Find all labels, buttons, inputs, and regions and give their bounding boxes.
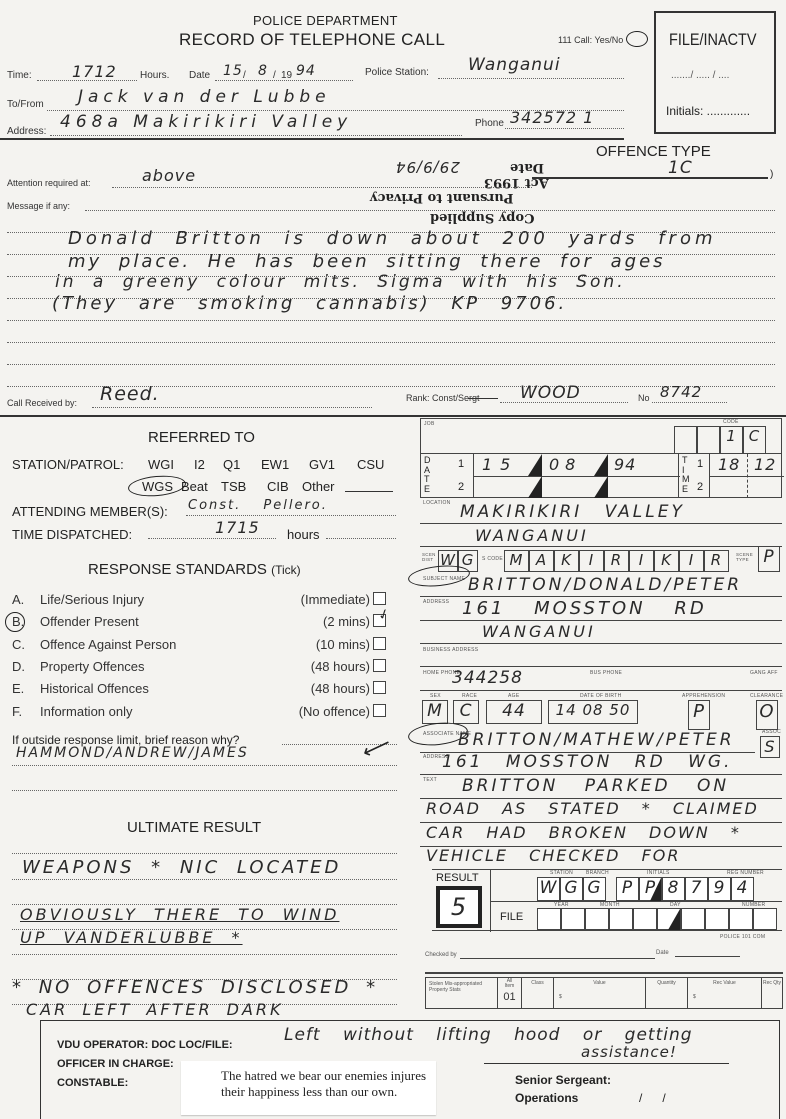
date-month-cell[interactable]: 08 xyxy=(549,455,581,474)
address-value[interactable]: 468a Makirikiri Valley xyxy=(60,112,352,132)
outside-limit-value[interactable]: HAMMOND/ANDREW/JAMES xyxy=(16,745,249,761)
phone-label: Phone xyxy=(475,118,504,129)
file-cells xyxy=(537,908,777,930)
checked-date-line[interactable] xyxy=(675,956,740,957)
sex-cell[interactable]: M xyxy=(422,700,448,724)
subject-address-line-2[interactable]: WANGANUI xyxy=(482,622,596,641)
race-label: RACE xyxy=(462,693,477,699)
attention-value[interactable]: above xyxy=(142,166,196,185)
response-letter: F. xyxy=(12,704,22,719)
call-111-no-circle xyxy=(626,31,648,47)
subject-value[interactable]: BRITTON/DONALD/PETER xyxy=(468,575,742,595)
branch-cell[interactable]: G xyxy=(583,877,606,901)
file-cell[interactable] xyxy=(633,908,657,930)
code-cells: 1 C xyxy=(674,426,766,454)
scene-dist-label: SCEN DIST xyxy=(422,552,436,562)
property-item-cell[interactable]: All Item 01 xyxy=(498,978,522,1008)
rank-strikethrough xyxy=(468,398,498,399)
station-cell[interactable]: G xyxy=(560,877,583,901)
attention-line xyxy=(112,187,532,188)
time-hour-cell[interactable]: 18 xyxy=(718,455,740,474)
message-line-1[interactable]: Donald Britton is down about 200 yards f… xyxy=(68,228,717,249)
associate-address-value[interactable]: 161 MOSSTON RD WG. xyxy=(442,752,732,772)
dispatched-value[interactable]: 1715 xyxy=(215,518,260,537)
response-label: Offender Present xyxy=(40,614,139,629)
file-inactive-title: FILE/INACTV xyxy=(669,30,757,50)
time-minute-cell[interactable]: 12 xyxy=(754,455,776,474)
code-cell-2[interactable] xyxy=(697,426,720,454)
no-label: No xyxy=(638,393,650,403)
rank-value[interactable]: WOOD xyxy=(520,383,581,403)
code-cell-1[interactable] xyxy=(674,426,697,454)
time-cells: 18 12 xyxy=(709,454,783,498)
operations-label: Operations xyxy=(515,1091,578,1105)
business-address-label: BUSINESS ADDRESS xyxy=(423,647,478,653)
file-cell[interactable] xyxy=(681,908,705,930)
call-111-label: 111 Call: Yes/No xyxy=(558,35,623,45)
property-rec-value-header: Rec Value xyxy=(713,980,736,986)
property-rec-value-col[interactable]: Rec Value $ xyxy=(688,978,762,1008)
message-line-3[interactable]: in a greeny colour mits. Sigma with his … xyxy=(55,272,626,292)
patrol-other[interactable]: Other xyxy=(302,479,335,494)
station-label: Police Station: xyxy=(365,67,429,78)
patrol-wgs-circle xyxy=(127,474,187,499)
dispatched-unit: hours xyxy=(287,527,320,542)
associate-code-cell[interactable]: S xyxy=(760,736,780,758)
property-quantity-col[interactable]: Quantity xyxy=(646,978,688,1008)
response-letter: D. xyxy=(12,659,25,674)
message-divider xyxy=(0,415,786,417)
response-time: (10 mins) xyxy=(316,637,370,652)
patrol-cib[interactable]: CIB xyxy=(267,479,302,494)
property-stats-table: Stolen Mis-appropriated Property Stats A… xyxy=(425,977,783,1009)
file-cell[interactable] xyxy=(657,908,681,930)
date-vertical-label: DATE xyxy=(424,456,432,494)
location-line-2[interactable]: WANGANUI xyxy=(475,526,589,545)
file-cell[interactable] xyxy=(537,908,561,930)
offence-type-label: OFFENCE TYPE xyxy=(596,143,711,160)
officer-label: OFFICER IN CHARGE: xyxy=(57,1058,174,1070)
result-value: 5 xyxy=(440,890,478,924)
ultimate-line-1[interactable]: WEAPONS * NIC LOCATED xyxy=(22,857,341,878)
code-label: CODE xyxy=(723,419,739,425)
date-year[interactable]: 94 xyxy=(296,63,316,79)
street-code-cells: MAKIRIKIR xyxy=(504,550,729,572)
code-cell-3[interactable]: 1 xyxy=(720,426,743,454)
attention-label: Attention required at: xyxy=(7,178,91,188)
station-code-label: STATION xyxy=(550,870,573,876)
text-label: TEXT xyxy=(423,777,437,783)
station-line xyxy=(438,78,624,79)
street-code-cell[interactable]: I xyxy=(629,550,654,572)
response-time: (2 mins) xyxy=(323,614,370,629)
gang-label: GANG AFF xyxy=(750,670,778,676)
file-inactive-date[interactable]: ......./ ..... / .... xyxy=(671,70,729,81)
response-label: Life/Serious Injury xyxy=(40,592,144,607)
location-label: LOCATION xyxy=(423,500,451,506)
vdu-note-line-1[interactable]: Left without lifting hood or getting xyxy=(284,1025,693,1045)
initials-label: INITIALS xyxy=(647,870,670,876)
file-cell[interactable] xyxy=(561,908,585,930)
street-code-cell[interactable]: R xyxy=(704,550,729,572)
phone-line xyxy=(505,128,624,129)
response-checkbox[interactable] xyxy=(373,659,386,672)
result-file-block: RESULT 5 STATION BRANCH INITIALS REG NUM… xyxy=(432,869,782,931)
station-patrol-label: STATION/PATROL: xyxy=(12,457,124,472)
property-value-col[interactable]: Value $ xyxy=(554,978,646,1008)
header-divider xyxy=(0,138,624,140)
stamp-handwritten-date: 29/9/94 xyxy=(395,158,460,176)
reg-number-cell[interactable]: 4 xyxy=(731,877,754,901)
spacer-cell xyxy=(606,877,616,901)
vdu-label: VDU OPERATOR: DOC LOC/FILE: xyxy=(57,1039,233,1051)
street-code-cell[interactable]: K xyxy=(554,550,579,572)
quote-slip: The hatred we bear our enemies injures t… xyxy=(181,1061,436,1115)
apprehension-label: APPREHENSION xyxy=(682,693,725,699)
time-label: Time: xyxy=(7,70,32,81)
associate-code-label: ASSOC xyxy=(762,729,781,735)
no-value[interactable]: 8742 xyxy=(660,383,702,401)
station-cell[interactable]: W xyxy=(537,877,560,901)
file-label: FILE xyxy=(500,911,523,923)
patrol-csu[interactable]: CSU xyxy=(357,457,384,472)
patrol-tsb[interactable]: TSB xyxy=(221,479,267,494)
clearance-label: CLEARANCE xyxy=(750,693,783,699)
response-checkbox[interactable] xyxy=(373,681,386,694)
street-code-cell[interactable]: K xyxy=(654,550,679,572)
patrol-q1[interactable]: Q1 xyxy=(223,457,261,472)
age-cell[interactable]: 44 xyxy=(486,700,542,724)
apprehension-cell[interactable]: P xyxy=(688,700,710,730)
form-title: RECORD OF TELEPHONE CALL xyxy=(179,30,445,50)
file-inactive-initials[interactable]: Initials: ............. xyxy=(666,104,750,118)
scene-type-label: SCENE TYPE xyxy=(736,552,756,562)
checked-by-label: Checked by xyxy=(425,952,457,958)
arrow-left-icon: ⟵ xyxy=(358,730,395,765)
stamp-date: Date xyxy=(510,160,544,175)
initials-cell[interactable]: P xyxy=(639,877,662,901)
subject-circle xyxy=(407,563,471,589)
date-time-row: DATE 1 2 15 08 94 TIME 1 2 18 12 xyxy=(420,454,782,498)
response-item[interactable]: D.Property Offences(48 hours) xyxy=(0,659,400,677)
referred-heading: REFERRED TO xyxy=(148,429,255,446)
quote-line-1: The hatred we bear our enemies injures xyxy=(221,1068,436,1084)
date-month[interactable]: 8 xyxy=(258,63,268,79)
location-line-1[interactable]: MAKIRIKIRI VALLEY xyxy=(460,502,685,522)
file-cell[interactable] xyxy=(729,908,753,930)
senior-sergeant-label: Senior Sergeant: xyxy=(515,1073,611,1087)
street-code-cell[interactable]: M xyxy=(504,550,529,572)
file-cell[interactable] xyxy=(609,908,633,930)
date-row-1: 1 xyxy=(458,458,464,470)
time-value[interactable]: 1712 xyxy=(72,62,117,81)
scene-type-cell[interactable]: P xyxy=(758,546,780,572)
attending-value[interactable]: Const. Pellero. xyxy=(188,498,328,513)
offence-type-line xyxy=(532,177,768,179)
bus-phone-label: BUS PHONE xyxy=(590,670,622,676)
ultimate-line-3[interactable]: UP VANDERLUBBE * xyxy=(20,928,243,947)
property-value-prefix: $ xyxy=(559,994,562,1000)
response-item[interactable]: C.Offence Against Person(10 mins) xyxy=(0,637,400,655)
job-label: JOB xyxy=(424,421,435,427)
response-time: (Immediate) xyxy=(301,592,370,607)
text-line-2[interactable]: ROAD AS STATED * CLAIMED xyxy=(426,799,759,818)
patrol-i2[interactable]: I2 xyxy=(194,457,223,472)
response-item[interactable]: E.Historical Offences(48 hours) xyxy=(0,681,400,699)
response-letter: C. xyxy=(12,637,25,652)
patrol-gv1[interactable]: GV1 xyxy=(309,457,357,472)
address-label: Address: xyxy=(7,126,46,137)
response-time: (48 hours) xyxy=(311,681,370,696)
branch-label: BRANCH xyxy=(586,870,609,876)
message-line-4[interactable]: (They are smoking cannabis) KP 9706. xyxy=(52,293,567,314)
to-from-value[interactable]: Jack van der Lubbe xyxy=(78,87,331,107)
reg-number-cell[interactable]: 8 xyxy=(662,877,685,901)
date-day[interactable]: 15 xyxy=(223,63,243,79)
response-item[interactable]: A.Life/Serious Injury(Immediate) xyxy=(0,592,400,610)
to-from-label: To/From xyxy=(7,99,44,110)
subject-address-line-1[interactable]: 161 MOSSTON RD xyxy=(462,598,707,619)
response-heading-suffix: (Tick) xyxy=(271,563,301,577)
street-code-cell[interactable]: R xyxy=(604,550,629,572)
reg-number-cell[interactable]: 7 xyxy=(685,877,708,901)
dob-label: DATE OF BIRTH xyxy=(580,693,622,699)
file-cell[interactable] xyxy=(705,908,729,930)
file-cell[interactable] xyxy=(585,908,609,930)
patrol-wgi[interactable]: WGI xyxy=(148,457,194,472)
response-item[interactable]: F.Information only(No offence) xyxy=(0,704,400,722)
initials-cell[interactable]: P xyxy=(616,877,639,901)
dispatched-label: TIME DISPATCHED: xyxy=(12,527,132,542)
clearance-cell[interactable]: O xyxy=(756,700,778,730)
time-vertical-label: TIME xyxy=(682,456,690,494)
response-letter: E. xyxy=(12,681,24,696)
stamp-pursuant: Pursuant to Privacy xyxy=(370,190,513,205)
response-time: (48 hours) xyxy=(311,659,370,674)
response-label: Offence Against Person xyxy=(40,637,176,652)
address-line xyxy=(50,135,462,136)
response-time: (No offence) xyxy=(299,704,370,719)
property-rec-qty-col[interactable]: Rec Qty xyxy=(762,978,782,1008)
form-code: POLICE 101 COM xyxy=(720,934,765,940)
response-checkbox[interactable] xyxy=(373,704,386,717)
response-checkbox[interactable] xyxy=(373,637,386,650)
reg-number-cell[interactable]: 9 xyxy=(708,877,731,901)
checked-by-line[interactable] xyxy=(460,958,655,959)
response-label: Information only xyxy=(40,704,133,719)
message-label: Message if any: xyxy=(7,201,70,211)
response-checkbox[interactable] xyxy=(373,592,386,605)
constable-label: CONSTABLE: xyxy=(57,1077,128,1089)
result-label: RESULT xyxy=(436,872,479,884)
dob-cell[interactable]: 14 08 50 xyxy=(548,700,638,724)
checked-date-label: Date xyxy=(656,950,669,956)
phone-value[interactable]: 342572 1 xyxy=(510,108,594,127)
hours-label: Hours. xyxy=(140,70,169,81)
text-line-4[interactable]: VEHICLE CHECKED FOR xyxy=(426,846,681,865)
ultimate-line-4[interactable]: * NO OFFENCES DISCLOSED * xyxy=(12,977,378,998)
street-code-cell[interactable]: A xyxy=(529,550,554,572)
street-code-label: S CODE xyxy=(482,556,503,562)
sex-label: SEX xyxy=(430,693,441,699)
response-heading-text: RESPONSE STANDARDS xyxy=(88,561,267,578)
patrol-row-1: WGI I2 Q1 EW1 GV1 CSU xyxy=(148,457,384,472)
result-box[interactable]: 5 xyxy=(436,886,482,928)
property-item-value: 01 xyxy=(498,991,521,1003)
patrol-beat[interactable]: Beat xyxy=(181,479,221,494)
property-item-label: All Item xyxy=(498,979,521,989)
footer-box: VDU OPERATOR: DOC LOC/FILE: OFFICER IN C… xyxy=(40,1020,780,1119)
property-class-col[interactable]: Class xyxy=(522,978,554,1008)
home-phone-value[interactable]: 344258 xyxy=(452,668,523,688)
date-cells: 15 08 94 xyxy=(473,454,679,498)
stamp-copy-supplied: Copy Supplied xyxy=(430,210,534,225)
date-row-2: 2 xyxy=(458,481,464,493)
street-code-cell[interactable]: I xyxy=(679,550,704,572)
text-line-1[interactable]: BRITTON PARKED ON xyxy=(462,776,729,796)
response-heading: RESPONSE STANDARDS (Tick) xyxy=(88,561,301,578)
attending-label: ATTENDING MEMBER(S): xyxy=(12,504,168,519)
patrol-ew1[interactable]: EW1 xyxy=(261,457,309,472)
vdu-note-line-2[interactable]: assistance! xyxy=(581,1043,677,1061)
file-inactive-box: FILE/INACTV ......./ ..... / .... Initia… xyxy=(654,11,776,134)
reg-number-label: REG NUMBER xyxy=(727,870,764,876)
station-value[interactable]: Wanganui xyxy=(468,55,561,75)
job-row: JOB CODE 1 C xyxy=(420,418,782,454)
date-day-cell[interactable]: 15 xyxy=(482,455,518,474)
response-label: Property Offences xyxy=(40,659,145,674)
file-cell[interactable] xyxy=(753,908,777,930)
date-century: 19 xyxy=(281,70,292,81)
associate-value[interactable]: BRITTON/MATHEW/PETER xyxy=(458,730,735,750)
offence-type-value[interactable]: 1C xyxy=(668,158,693,178)
code-cell-4[interactable]: C xyxy=(743,426,766,454)
ultimate-heading: ULTIMATE RESULT xyxy=(127,819,261,836)
operations-date[interactable]: / / xyxy=(639,1091,666,1105)
ultimate-line-5[interactable]: CAR LEFT AFTER DARK xyxy=(26,1000,284,1019)
property-value-header: Value xyxy=(593,980,605,986)
date-label: Date xyxy=(189,70,210,81)
received-label: Call Received by: xyxy=(7,398,77,408)
ultimate-line-2[interactable]: OBVIOUSLY THERE TO WIND xyxy=(20,905,339,924)
quote-line-2: their happiness less than our own. xyxy=(221,1084,436,1100)
subject-address-label: ADDRESS xyxy=(423,599,449,605)
age-label: AGE xyxy=(508,693,519,699)
date-year-cell[interactable]: 94 xyxy=(614,455,636,474)
property-rec-value-prefix: $ xyxy=(693,994,696,1000)
response-b-circle xyxy=(5,612,25,632)
received-value[interactable]: Reed. xyxy=(100,383,160,405)
text-line-3[interactable]: CAR HAD BROKEN DOWN * xyxy=(426,823,741,842)
response-letter: A. xyxy=(12,592,24,607)
message-line-2[interactable]: my place. He has been sitting there for … xyxy=(68,251,666,272)
street-code-cell[interactable]: I xyxy=(579,550,604,572)
patrol-other-line xyxy=(345,491,393,492)
result-upper-cells: WGGPP8794 xyxy=(537,877,754,901)
incident-card: JOB CODE 1 C DATE 1 2 15 08 94 TIME 1 2 xyxy=(420,418,782,938)
race-cell[interactable]: C xyxy=(453,700,479,724)
response-item[interactable]: B.Offender Present(2 mins) xyxy=(0,614,400,632)
department-title: POLICE DEPARTMENT xyxy=(253,13,398,28)
response-label: Historical Offences xyxy=(40,681,149,696)
property-stats-label: Stolen Mis-appropriated Property Stats xyxy=(426,978,498,1008)
